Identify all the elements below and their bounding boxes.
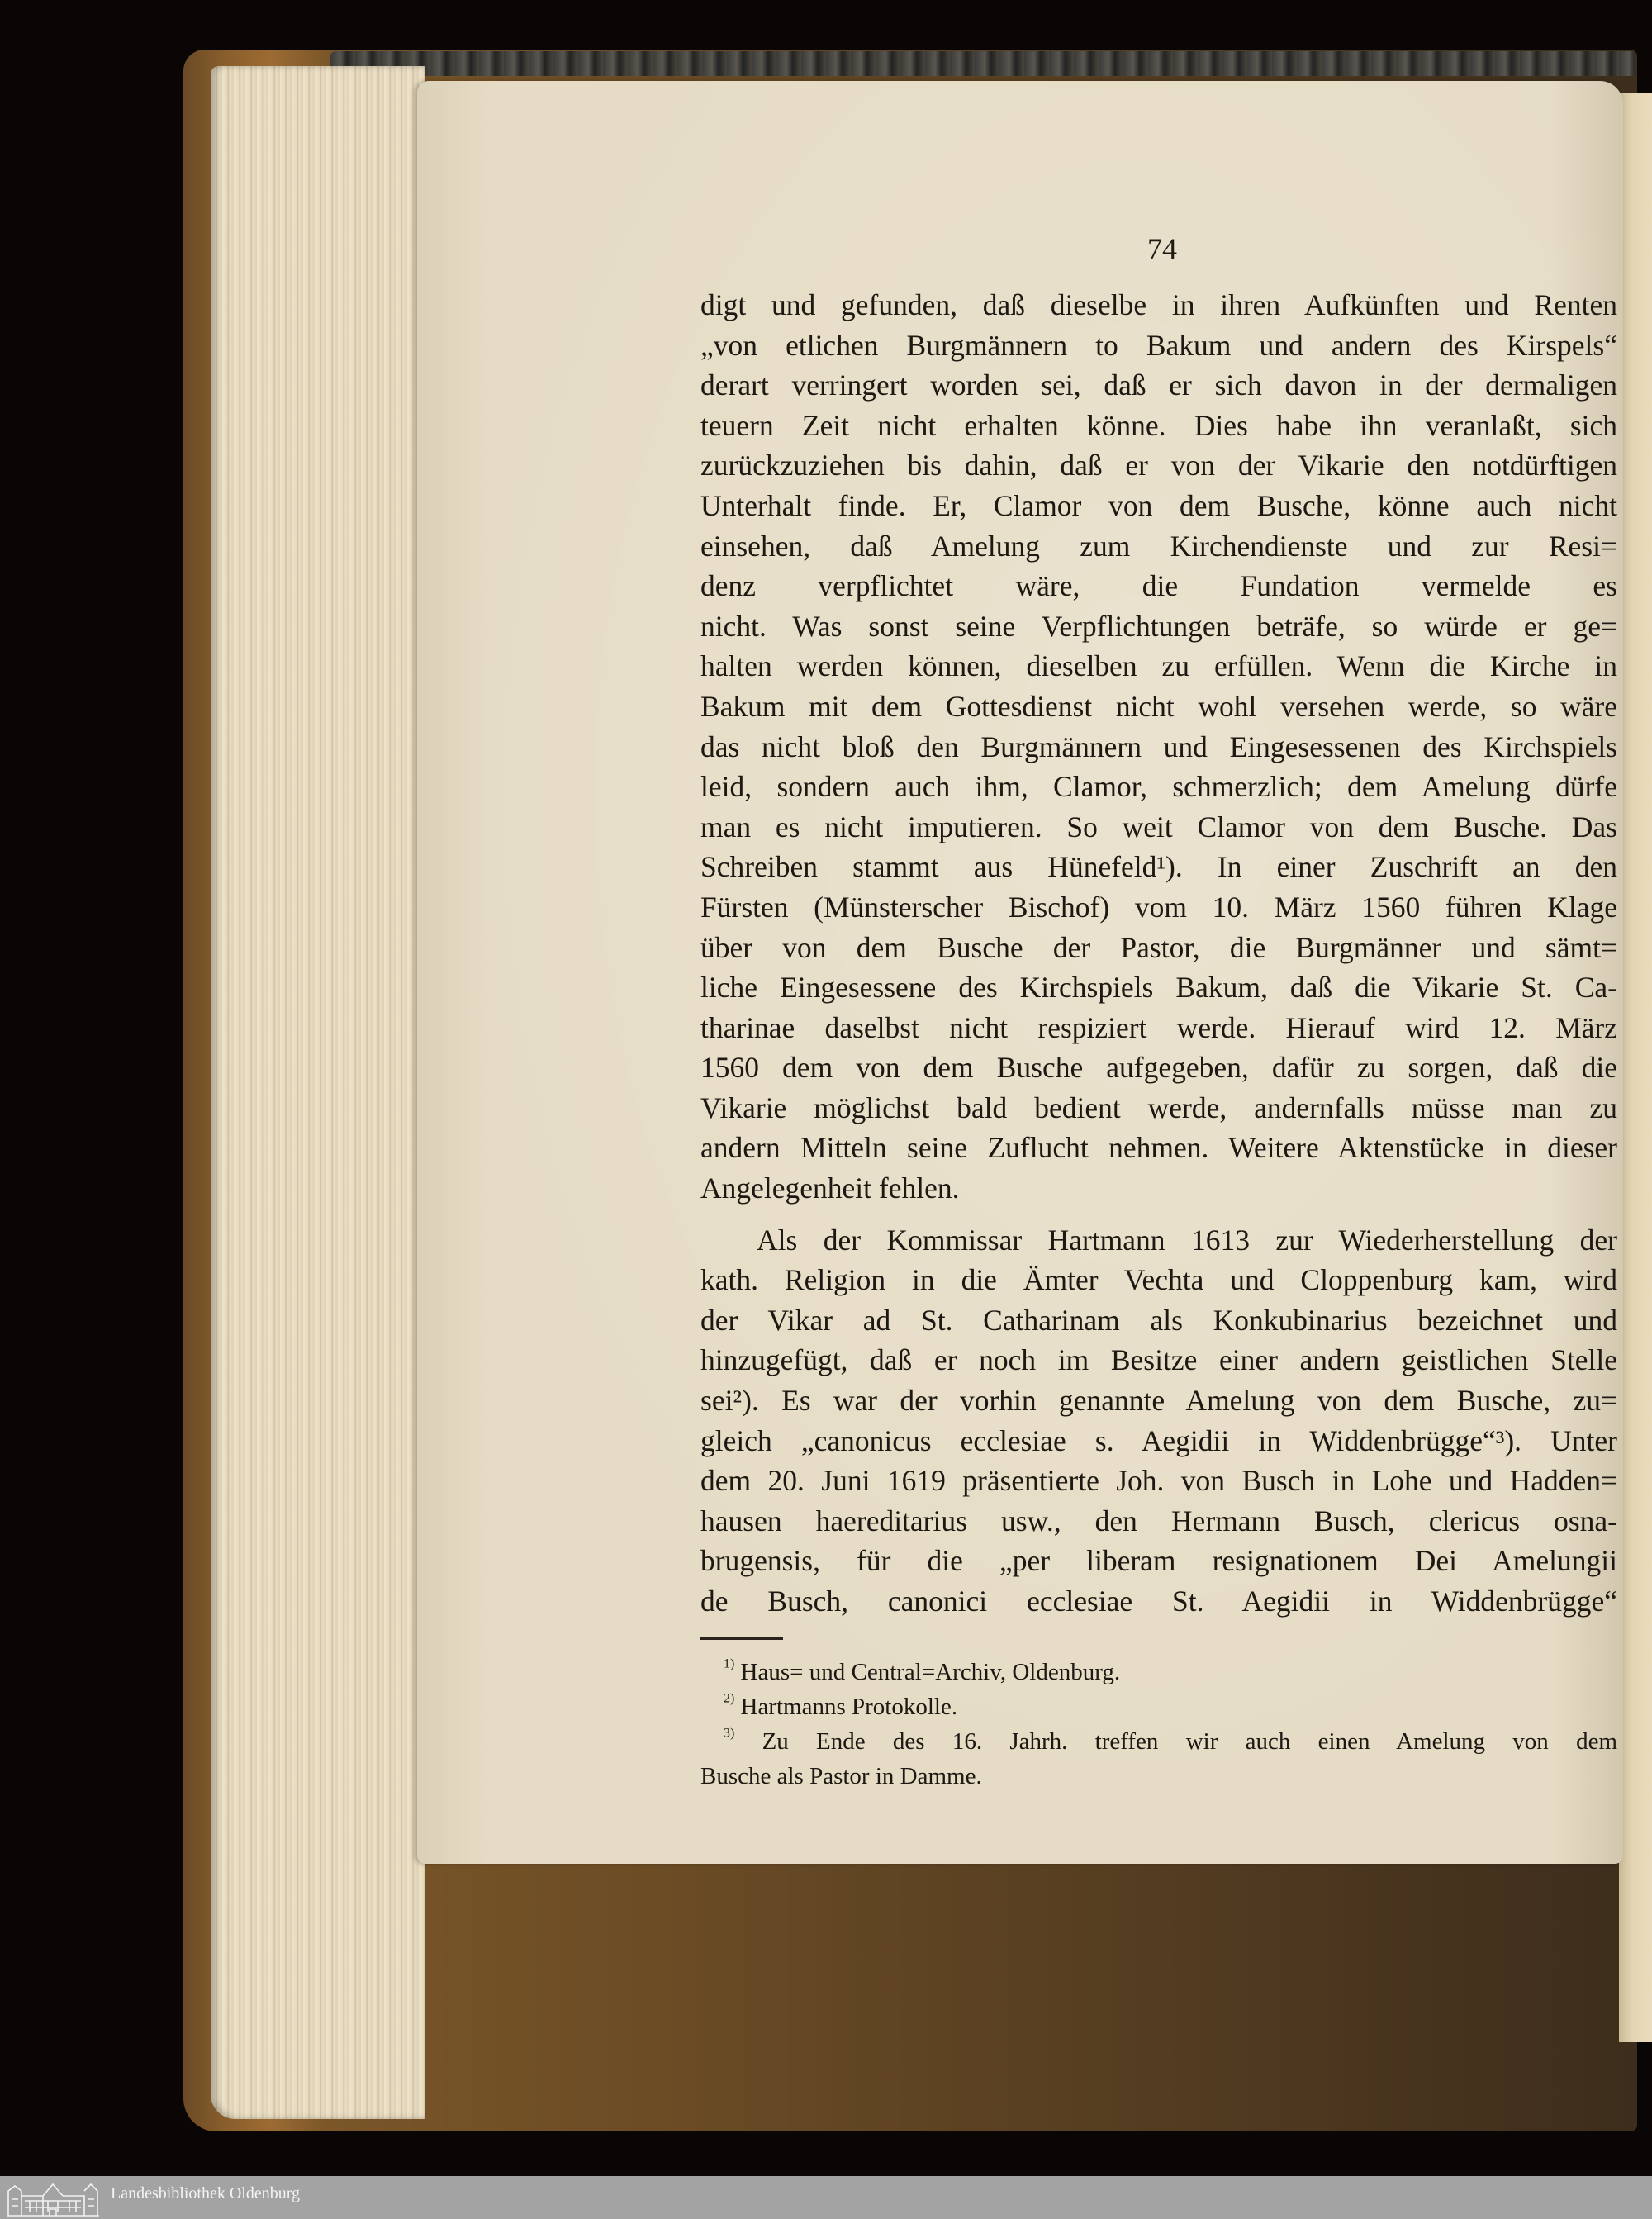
text-line: gleich „canonicus ecclesiae s. Aegidii i… [700, 1421, 1617, 1461]
page-edges [211, 66, 425, 2119]
text-line: dem 20. Juni 1619 präsentierte Joh. von … [700, 1461, 1617, 1501]
text-line: „von etlichen Burgmännern to Bakum und a… [700, 325, 1617, 366]
text-line: digt und gefunden, daß dieselbe in ihren… [700, 285, 1617, 325]
book-headband [330, 51, 1635, 76]
text-line: Unterhalt finde. Er, Clamor von dem Busc… [700, 486, 1617, 526]
text-line: zurückzuziehen bis dahin, daß er von der… [700, 445, 1617, 486]
footnote-1: 1) Haus= und Central=Archiv, Oldenburg. [700, 1655, 1617, 1689]
library-building-icon [5, 2179, 101, 2217]
text-line: Fürsten (Münsterscher Bischof) vom 10. M… [700, 887, 1617, 928]
text-line: andern Mitteln seine Zuflucht nehmen. We… [700, 1128, 1617, 1168]
text-line: der Vikar ad St. Catharinam als Konkubin… [700, 1300, 1617, 1341]
text-line: liche Eingesessene des Kirchspiels Bakum… [700, 967, 1617, 1008]
paragraph: digt und gefunden, daß dieselbe in ihren… [700, 285, 1617, 1209]
text-line: einsehen, daß Amelung zum Kirchendienste… [700, 526, 1617, 567]
footnote-marker: 2) [724, 1692, 734, 1706]
footnote-divider [700, 1637, 783, 1640]
text-line: über von dem Busche der Pastor, die Burg… [700, 928, 1617, 968]
text-line: hausen haereditarius usw., den Hermann B… [700, 1501, 1617, 1542]
institution-name: Landesbibliothek Oldenburg [111, 2184, 300, 2203]
paragraph: Als der Kommissar Hartmann 1613 zur Wied… [700, 1220, 1617, 1622]
text-line: sei²). Es war der vorhin genannte Amelun… [700, 1380, 1617, 1421]
footnote-marker: 3) [724, 1727, 734, 1741]
text-line: kath. Religion in die Ämter Vechta und C… [700, 1260, 1617, 1300]
text-line: denz verpflichtet wäre, die Fundation ve… [700, 566, 1617, 606]
text-line: Angelegenheit fehlen. [700, 1168, 1617, 1209]
footnote-2: 2) Hartmanns Protokolle. [700, 1689, 1617, 1724]
footnote-text: Zu Ende des 16. Jahrh. treffen wir auch … [762, 1728, 1617, 1755]
text-line: brugensis, für die „per liberam resignat… [700, 1541, 1617, 1581]
facing-page-edge [1619, 93, 1652, 2042]
text-line: derart verringert worden sei, daß er sic… [700, 365, 1617, 406]
text-line: Schreiben stammt aus Hünefeld¹). In eine… [700, 847, 1617, 887]
text-line: man es nicht imputieren. So weit Clamor … [700, 807, 1617, 848]
page-number: 74 [1133, 231, 1191, 266]
footer-bar: Landesbibliothek Oldenburg [0, 2176, 1652, 2219]
text-line: leid, sondern auch ihm, Clamor, schmerzl… [700, 767, 1617, 807]
footnote-marker: 1) [724, 1657, 734, 1671]
text-line: das nicht bloß den Burgmännern und Einge… [700, 727, 1617, 767]
footnote-text: Hartmanns Protokolle. [741, 1694, 958, 1720]
footnotes: 1) Haus= und Central=Archiv, Oldenburg. … [700, 1655, 1617, 1794]
footnote-text: Busche als Pastor in Damme. [700, 1763, 982, 1789]
text-line: nicht. Was sonst seine Verpflichtungen b… [700, 606, 1617, 647]
text-line: de Busch, canonici ecclesiae St. Aegidii… [700, 1581, 1617, 1622]
paragraph-gap [700, 1209, 1617, 1220]
footnote-3-continued: Busche als Pastor in Damme. [700, 1759, 1617, 1794]
text-line: 1560 dem von dem Busche aufgegeben, dafü… [700, 1048, 1617, 1088]
text-line: hinzugefügt, daß er noch im Besitze eine… [700, 1340, 1617, 1380]
footnote-3: 3) Zu Ende des 16. Jahrh. treffen wir au… [700, 1724, 1617, 1759]
footnote-text: Haus= und Central=Archiv, Oldenburg. [741, 1659, 1121, 1685]
body-text: digt und gefunden, daß dieselbe in ihren… [700, 285, 1617, 1622]
text-line: teuern Zeit nicht erhalten könne. Dies h… [700, 406, 1617, 446]
text-line: tharinae daselbst nicht respiziert werde… [700, 1008, 1617, 1048]
text-line: Als der Kommissar Hartmann 1613 zur Wied… [700, 1220, 1617, 1261]
text-line: Vikarie möglichst bald bedient werde, an… [700, 1088, 1617, 1129]
text-line: halten werden können, dieselben zu erfül… [700, 646, 1617, 687]
text-line: Bakum mit dem Gottesdienst nicht wohl ve… [700, 687, 1617, 727]
